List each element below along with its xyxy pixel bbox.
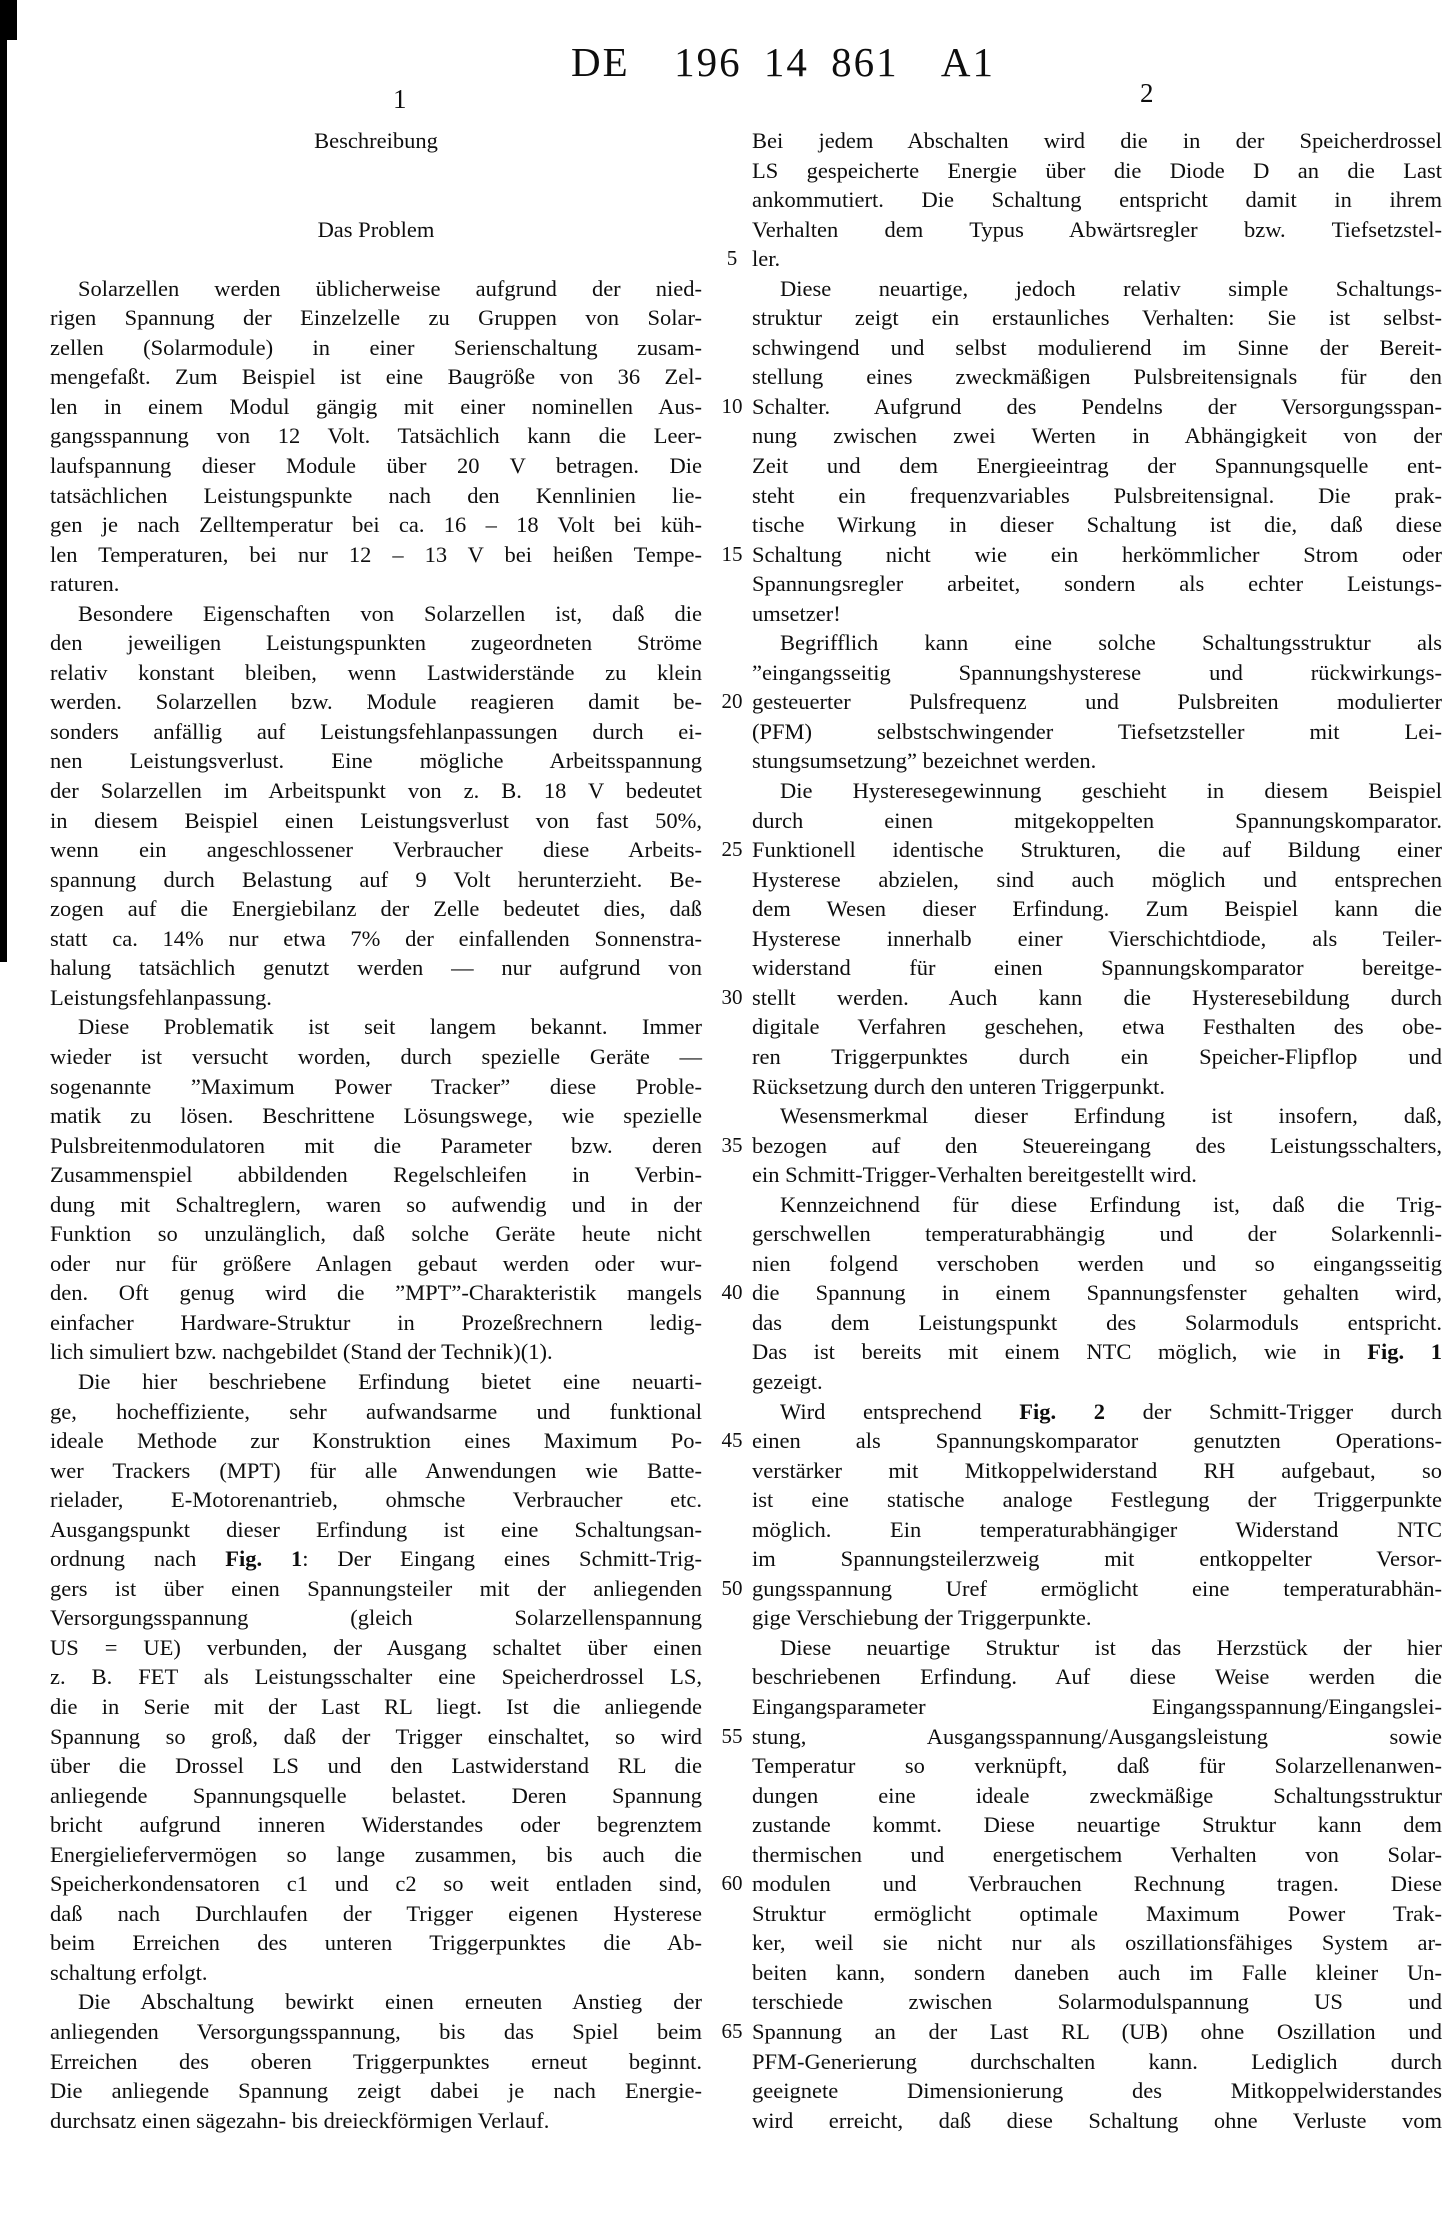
text-line: Spannung so groß, daß der Trigger einsch… [50,1722,702,1752]
text-line: Erreichen des oberen Triggerpunktes erne… [50,2047,702,2077]
text-line: Schaltung nicht wie ein herkömmlicher St… [752,540,1442,570]
text-line: terschiede zwischen Solarmodulspannung U… [752,1987,1442,2017]
text-line: (PFM) selbstschwingender Tiefsetzsteller… [752,717,1442,747]
text-line: sogenannte ”Maximum Power Tracker” diese… [50,1072,702,1102]
text-line: in diesem Beispiel einen Leistungsverlus… [50,806,702,836]
line-number: 20 [700,687,764,717]
text-line: Wird entsprechend Fig. 2 der Schmitt-Tri… [752,1397,1442,1427]
column-number-2: 2 [1140,78,1154,109]
text-line: ge, hocheffiziente, sehr aufwandsarme un… [50,1397,702,1427]
text-line: das dem Leistungspunkt des Solarmoduls e… [752,1308,1442,1338]
text-line: Hysterese abzielen, sind auch möglich un… [752,865,1442,895]
left-column: BeschreibungDas ProblemSolarzellen werde… [50,126,702,2135]
text-line: Funktionell identische Strukturen, die a… [752,835,1442,865]
blank-lines [50,244,702,274]
text-line: stellt werden. Auch kann die Hysteresebi… [752,983,1442,1013]
line-number: 5 [700,244,764,274]
text-line: Diese neuartige Struktur ist das Herzstü… [752,1633,1442,1663]
text-line: der Solarzellen im Arbeitspunkt von z. B… [50,776,702,806]
text-line: thermischen und energetischem Verhalten … [752,1840,1442,1870]
text-line: stellung eines zweckmäßigen Pulsbreitens… [752,362,1442,392]
text-line: len Temperaturen, bei nur 12 – 13 V bei … [50,540,702,570]
text-line: Diese neuartige, jedoch relativ simple S… [752,274,1442,304]
text-line: statt ca. 14% nur etwa 7% der einfallend… [50,924,702,954]
text-line: spannung durch Belastung auf 9 Volt heru… [50,865,702,895]
text-line: gesteuerter Pulsfrequenz und Pulsbreiten… [752,687,1442,717]
text-line: halung tatsächlich genutzt werden — nur … [50,953,702,983]
text-line: ordnung nach Fig. 1: Der Eingang eines S… [50,1544,702,1574]
text-line: dung mit Schaltreglern, waren so aufwend… [50,1190,702,1220]
blank-lines [50,156,702,215]
text-line: modulen und Verbrauchen Rechnung tragen.… [752,1869,1442,1899]
line-number: 45 [700,1426,764,1456]
text-line: beim Erreichen des unteren Triggerpunkte… [50,1928,702,1958]
text-line: PFM-Generierung durchschalten kann. Ledi… [752,2047,1442,2077]
text-line: tatsächlichen Leistungspunkte nach den K… [50,481,702,511]
text-line: stungsumsetzung” bezeichnet werden. [752,746,1442,776]
text-line: zogen auf die Energiebilanz der Zelle be… [50,894,702,924]
text-line: z. B. FET als Leistungsschalter eine Spe… [50,1662,702,1692]
patent-page: DE 196 14 861 A1 1 2 BeschreibungDas Pro… [0,0,1451,2214]
text-line: widerstand für einen Spannungskomparator… [752,953,1442,983]
line-number: 40 [700,1278,764,1308]
text-line: Hysterese innerhalb einer Vierschichtdio… [752,924,1442,954]
scan-corner-artifact [0,0,17,40]
text-line: Energieliefervermögen so lange zusammen,… [50,1840,702,1870]
text-line: tische Wirkung in dieser Schaltung ist d… [752,510,1442,540]
text-line: Leistungsfehlanpassung. [50,983,702,1013]
text-line: die in Serie mit der Last RL liegt. Ist … [50,1692,702,1722]
text-line: steht ein frequenzvariables Pulsbreitens… [752,481,1442,511]
text-line: schaltung erfolgt. [50,1958,702,1988]
text-line: gangsspannung von 12 Volt. Tatsächlich k… [50,421,702,451]
text-line: die Spannung in einem Spannungsfenster g… [752,1278,1442,1308]
text-line: geeignete Dimensionierung des Mitkoppelw… [752,2076,1442,2106]
line-number: 35 [700,1131,764,1161]
text-line: durch einen mitgekoppelten Spannungskomp… [752,806,1442,836]
scan-edge-artifact [0,0,7,962]
text-line: mengefaßt. Zum Beispiel ist eine Baugröß… [50,362,702,392]
text-line: wer Trackers (MPT) für alle Anwendungen … [50,1456,702,1486]
text-line: ankommutiert. Die Schaltung entspricht d… [752,185,1442,215]
text-line: Die anliegende Spannung zeigt dabei je n… [50,2076,702,2106]
text-line: Diese Problematik ist seit langem bekann… [50,1012,702,1042]
line-number: 60 [700,1869,764,1899]
text-line: oder nur für größere Anlagen gebaut werd… [50,1249,702,1279]
text-line: anliegenden Versorgungsspannung, bis das… [50,2017,702,2047]
text-line: Eingangsparameter Eingangsspannung/Einga… [752,1692,1442,1722]
text-line: Versorgungsspannung (gleich Solarzellens… [50,1603,702,1633]
text-line: werden. Solarzellen bzw. Module reagiere… [50,687,702,717]
text-line: laufspannung dieser Module über 20 V bet… [50,451,702,481]
text-line: im Spannungsteilerzweig mit entkoppelter… [752,1544,1442,1574]
text-line: gers ist über einen Spannungsteiler mit … [50,1574,702,1604]
text-line: dungen eine ideale zweckmäßige Schaltung… [752,1781,1442,1811]
text-line: bezogen auf den Steuereingang des Leistu… [752,1131,1442,1161]
text-line: zustande kommt. Diese neuartige Struktur… [752,1810,1442,1840]
column-number-1: 1 [393,84,407,115]
section-heading: Beschreibung [50,126,702,156]
text-line: schwingend und selbst modulierend im Sin… [752,333,1442,363]
text-line: Wesensmerkmal dieser Erfindung ist insof… [752,1101,1442,1131]
text-line: dem Wesen dieser Erfindung. Zum Beispiel… [752,894,1442,924]
text-line: Zusammenspiel abbildenden Regelschleifen… [50,1160,702,1190]
text-line: stung, Ausgangsspannung/Ausgangsleistung… [752,1722,1442,1752]
text-line: Verhalten dem Typus Abwärtsregler bzw. T… [752,215,1442,245]
text-line: Funktion so unzulänglich, daß solche Ger… [50,1219,702,1249]
text-line: Pulsbreitenmodulatoren mit die Parameter… [50,1131,702,1161]
text-line: Spannung an der Last RL (UB) ohne Oszill… [752,2017,1442,2047]
text-line: rielader, E-Motorenantrieb, ohmsche Verb… [50,1485,702,1515]
line-number: 25 [700,835,764,865]
text-line: ler. [752,244,1442,274]
text-line: gen je nach Zelltemperatur bei ca. 16 – … [50,510,702,540]
text-line: Bei jedem Abschalten wird die in der Spe… [752,126,1442,156]
text-line: den. Oft genug wird die ”MPT”-Charakteri… [50,1278,702,1308]
line-number: 10 [700,392,764,422]
text-line: einen als Spannungskomparator genutzten … [752,1426,1442,1456]
text-line: rigen Spannung der Einzelzelle zu Gruppe… [50,303,702,333]
text-line: wenn ein angeschlossener Verbraucher die… [50,835,702,865]
text-line: umsetzer! [752,599,1442,629]
text-line: Zeit und dem Energieeintrag der Spannung… [752,451,1442,481]
text-line: einfacher Hardware-Struktur in Prozeßrec… [50,1308,702,1338]
text-line: gerschwellen temperaturabhängig und der … [752,1219,1442,1249]
text-line: wird erreicht, daß diese Schaltung ohne … [752,2106,1442,2136]
text-line: ideale Methode zur Konstruktion eines Ma… [50,1426,702,1456]
text-line: wieder ist versucht worden, durch spezie… [50,1042,702,1072]
text-line: gungsspannung Uref ermöglicht eine tempe… [752,1574,1442,1604]
text-line: Schalter. Aufgrund des Pendelns der Vers… [752,392,1442,422]
text-line: matik zu lösen. Beschrittene Lösungswege… [50,1101,702,1131]
line-number: 30 [700,983,764,1013]
text-line: len in einem Modul gängig mit einer nomi… [50,392,702,422]
text-line: Die hier beschriebene Erfindung bietet e… [50,1367,702,1397]
text-line: ker, weil sie nicht nur als oszillations… [752,1928,1442,1958]
text-line: nien folgend verschoben werden und so ei… [752,1249,1442,1279]
line-number: 50 [700,1574,764,1604]
right-column: Bei jedem Abschalten wird die in der Spe… [752,126,1442,2135]
text-line: lich simuliert bzw. nachgebildet (Stand … [50,1337,702,1367]
text-line: struktur zeigt ein erstaunliches Verhalt… [752,303,1442,333]
section-heading: Das Problem [50,215,702,245]
document-number: DE 196 14 861 A1 [571,38,995,86]
text-line: ist eine statische analoge Festlegung de… [752,1485,1442,1515]
text-line: ren Triggerpunktes durch ein Speicher-Fl… [752,1042,1442,1072]
text-line: Das ist bereits mit einem NTC möglich, w… [752,1337,1442,1367]
text-line: anliegende Spannungsquelle belastet. Der… [50,1781,702,1811]
text-line: Temperatur so verknüpft, daß für Solarze… [752,1751,1442,1781]
text-line: ”eingangsseitig Spannungshysterese und r… [752,658,1442,688]
text-line: nung zwischen zwei Werten in Abhängigkei… [752,421,1442,451]
text-line: Kennzeichnend für diese Erfindung ist, d… [752,1190,1442,1220]
text-line: beiten kann, sondern daneben auch im Fal… [752,1958,1442,1988]
text-line: US = UE) verbunden, der Ausgang schaltet… [50,1633,702,1663]
text-line: verstärker mit Mitkoppelwiderstand RH au… [752,1456,1442,1486]
text-line: raturen. [50,569,702,599]
text-line: Ausgangspunkt dieser Erfindung ist eine … [50,1515,702,1545]
line-number: 15 [700,540,764,570]
text-line: möglich. Ein temperaturabhängiger Widers… [752,1515,1442,1545]
text-line: den jeweiligen Leistungspunkten zugeordn… [50,628,702,658]
text-line: Begrifflich kann eine solche Schaltungss… [752,628,1442,658]
text-line: ein Schmitt-Trigger-Verhalten bereitgest… [752,1160,1442,1190]
line-number: 55 [700,1722,764,1752]
text-line: sonders anfällig auf Leistungsfehlanpass… [50,717,702,747]
text-line: Die Hysteresegewinnung geschieht in dies… [752,776,1442,806]
text-line: Besondere Eigenschaften von Solarzellen … [50,599,702,629]
text-line: Solarzellen werden üblicherweise aufgrun… [50,274,702,304]
text-line: relativ konstant bleiben, wenn Lastwider… [50,658,702,688]
text-line: Spannungsregler arbeitet, sondern als ec… [752,569,1442,599]
text-line: zellen (Solarmodule) in einer Serienscha… [50,333,702,363]
text-line: bricht aufgrund inneren Widerstandes ode… [50,1810,702,1840]
text-line: nen Leistungsverlust. Eine mögliche Arbe… [50,746,702,776]
text-line: Speicherkondensatoren c1 und c2 so weit … [50,1869,702,1899]
text-line: Die Abschaltung bewirkt einen erneuten A… [50,1987,702,2017]
text-line: über die Drossel LS und den Lastwidersta… [50,1751,702,1781]
line-number: 65 [700,2017,764,2047]
text-line: digitale Verfahren geschehen, etwa Festh… [752,1012,1442,1042]
text-line: gige Verschiebung der Triggerpunkte. [752,1603,1442,1633]
text-line: durchsatz einen sägezahn- bis dreieckför… [50,2106,702,2136]
text-line: gezeigt. [752,1367,1442,1397]
text-line: beschriebenen Erfindung. Auf diese Weise… [752,1662,1442,1692]
text-line: Struktur ermöglicht optimale Maximum Pow… [752,1899,1442,1929]
text-line: daß nach Durchlaufen der Trigger eigenen… [50,1899,702,1929]
text-line: LS gespeicherte Energie über die Diode D… [752,156,1442,186]
text-line: Rücksetzung durch den unteren Triggerpun… [752,1072,1442,1102]
